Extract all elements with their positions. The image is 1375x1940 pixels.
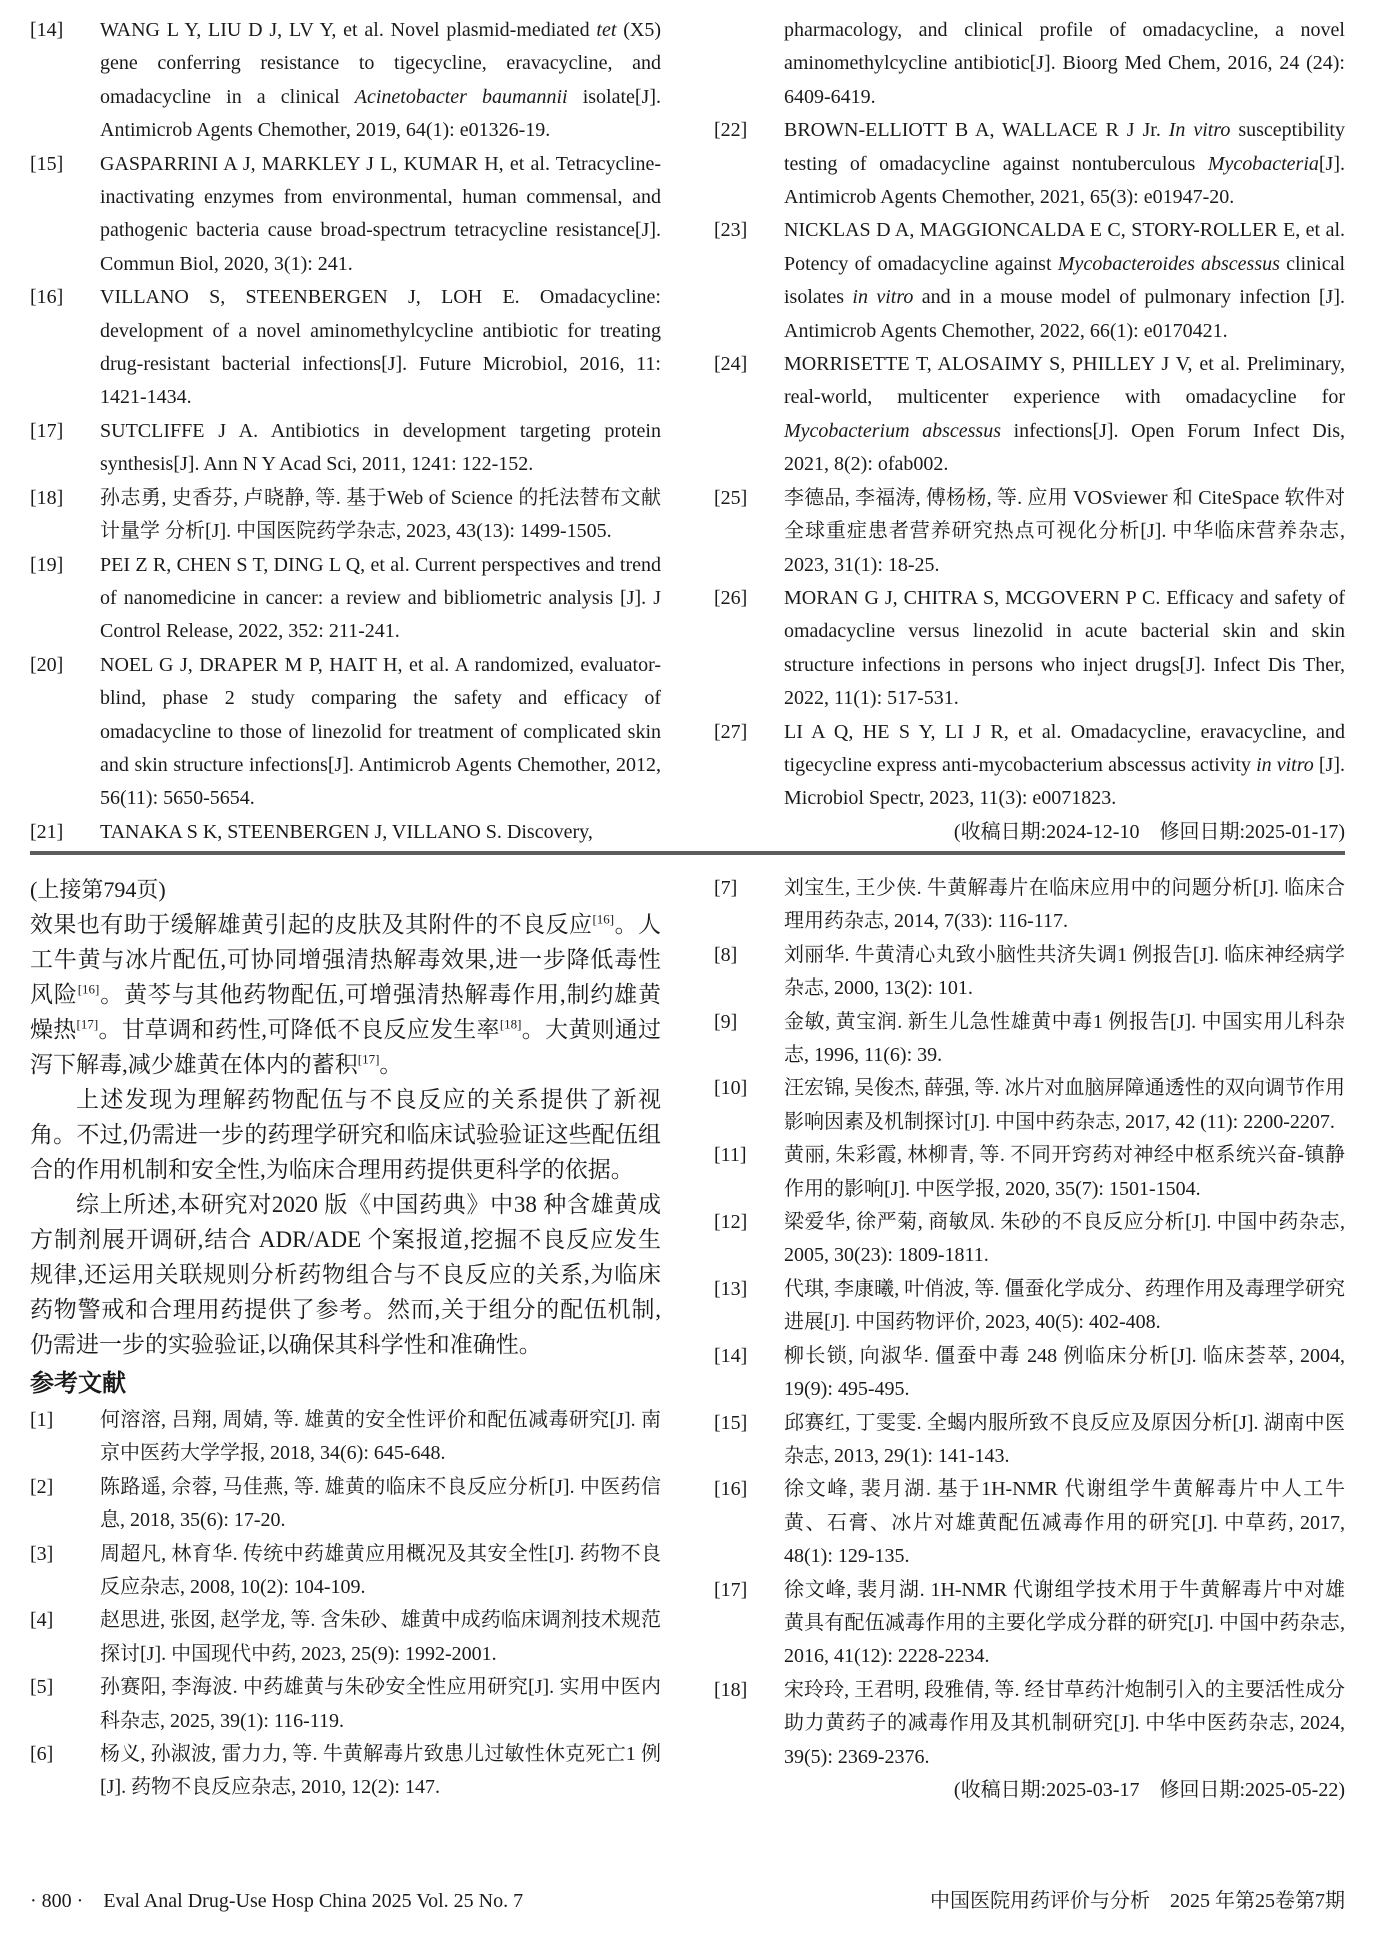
page-footer: · 800 · Eval Anal Drug-Use Hosp China 20… <box>30 1884 1345 1913</box>
reference-number: [17] <box>30 415 100 482</box>
received-revised-dates: (收稿日期:2024-12-10 修回日期:2025-01-17) <box>714 816 1345 849</box>
reference-text: 孙赛阳, 李海波. 中药雄黄与朱砂安全性应用研究[J]. 实用中医内科杂志, 2… <box>100 1671 661 1738</box>
reference-text: PEI Z R, CHEN S T, DING L Q, et al. Curr… <box>100 549 661 649</box>
reference-number: [17] <box>714 1574 784 1674</box>
reference-number: [18] <box>30 482 100 549</box>
reference-text: 柳长锁, 向淑华. 僵蚕中毒 248 例临床分析[J]. 临床荟萃, 2004,… <box>784 1340 1345 1407</box>
reference-text: 杨义, 孙淑波, 雷力力, 等. 牛黄解毒片致患儿过敏性休克死亡1 例[J]. … <box>100 1738 661 1805</box>
reference-number: [5] <box>30 1671 100 1738</box>
table-row: pharmacology, and clinical profile of om… <box>714 14 1345 114</box>
reference-text: NICKLAS D A, MAGGIONCALDA E C, STORY-ROL… <box>784 214 1345 348</box>
reference-number: [14] <box>30 14 100 148</box>
reference-text: BROWN-ELLIOTT B A, WALLACE R J Jr. In vi… <box>784 114 1345 214</box>
bottom-right-column: [7]刘宝生, 王少侠. 牛黄解毒片在临床应用中的问题分析[J]. 临床合理用药… <box>714 872 1345 1807</box>
reference-number: [24] <box>714 348 784 482</box>
reference-number: [19] <box>30 549 100 649</box>
reference-number: [13] <box>714 1273 784 1340</box>
reference-text: VILLANO S, STEENBERGEN J, LOH E. Omadacy… <box>100 281 661 415</box>
table-row: [8]刘丽华. 牛黄清心丸致小脑性共济失调1 例报告[J]. 临床神经病学杂志,… <box>714 939 1345 1006</box>
body-paragraph: 上述发现为理解药物配伍与不良反应的关系提供了新视角。不过,仍需进一步的药理学研究… <box>30 1082 661 1187</box>
reference-text-continuation: pharmacology, and clinical profile of om… <box>784 14 1345 114</box>
table-row: [22]BROWN-ELLIOTT B A, WALLACE R J Jr. I… <box>714 114 1345 214</box>
table-row: [17]SUTCLIFFE J A. Antibiotics in develo… <box>30 415 661 482</box>
reference-number: [9] <box>714 1006 784 1073</box>
table-row: [19]PEI Z R, CHEN S T, DING L Q, et al. … <box>30 549 661 649</box>
reference-text: 邱赛红, 丁雯雯. 全蝎内服所致不良反应及原因分析[J]. 湖南中医杂志, 20… <box>784 1407 1345 1474</box>
table-row: [24]MORRISETTE T, ALOSAIMY S, PHILLEY J … <box>714 348 1345 482</box>
table-row: [1]何溶溶, 吕翔, 周婧, 等. 雄黄的安全性评价和配伍减毒研究[J]. 南… <box>30 1404 661 1471</box>
reference-number: [1] <box>30 1404 100 1471</box>
table-row: [10]汪宏锦, 吴俊杰, 薛强, 等. 冰片对血脑屏障通透性的双向调节作用影响… <box>714 1072 1345 1139</box>
reference-number: [20] <box>30 649 100 816</box>
table-row: [7]刘宝生, 王少侠. 牛黄解毒片在临床应用中的问题分析[J]. 临床合理用药… <box>714 872 1345 939</box>
references-heading: 参考文献 <box>30 1369 661 1399</box>
reference-number: [16] <box>30 281 100 415</box>
table-row: [15]GASPARRINI A J, MARKLEY J L, KUMAR H… <box>30 148 661 282</box>
table-row: [14]柳长锁, 向淑华. 僵蚕中毒 248 例临床分析[J]. 临床荟萃, 2… <box>714 1340 1345 1407</box>
table-row: [25]李德品, 李福涛, 傅杨杨, 等. 应用 VOSviewer 和 Cit… <box>714 482 1345 582</box>
table-row: [18]孙志勇, 史香芬, 卢晓静, 等. 基于Web of Science 的… <box>30 482 661 549</box>
reference-text: 金敏, 黄宝润. 新生儿急性雄黄中毒1 例报告[J]. 中国实用儿科杂志, 19… <box>784 1006 1345 1073</box>
reference-number: [6] <box>30 1738 100 1805</box>
reference-text: GASPARRINI A J, MARKLEY J L, KUMAR H, et… <box>100 148 661 282</box>
reference-number: [27] <box>714 716 784 816</box>
reference-number: [8] <box>714 939 784 1006</box>
table-row: [15]邱赛红, 丁雯雯. 全蝎内服所致不良反应及原因分析[J]. 湖南中医杂志… <box>714 1407 1345 1474</box>
top-left-column: [14]WANG L Y, LIU D J, LV Y, et al. Nove… <box>30 14 661 849</box>
reference-number: [18] <box>714 1674 784 1774</box>
reference-number: [3] <box>30 1538 100 1605</box>
reference-text: 刘宝生, 王少侠. 牛黄解毒片在临床应用中的问题分析[J]. 临床合理用药杂志,… <box>784 872 1345 939</box>
table-row: [18]宋玲玲, 王君明, 段雅倩, 等. 经甘草药汁炮制引入的主要活性成分助力… <box>714 1674 1345 1774</box>
reference-number: [14] <box>714 1340 784 1407</box>
bottom-left-column: (上接第794页) 效果也有助于缓解雄黄引起的皮肤及其附件的不良反应[16]。人… <box>30 872 661 1807</box>
reference-text: 汪宏锦, 吴俊杰, 薛强, 等. 冰片对血脑屏障通透性的双向调节作用影响因素及机… <box>784 1072 1345 1139</box>
table-row: [12]梁爱华, 徐严菊, 商敏凤. 朱砂的不良反应分析[J]. 中国中药杂志,… <box>714 1206 1345 1273</box>
reference-text: 梁爱华, 徐严菊, 商敏凤. 朱砂的不良反应分析[J]. 中国中药杂志, 200… <box>784 1206 1345 1273</box>
reference-number: [26] <box>714 582 784 716</box>
reference-number: [12] <box>714 1206 784 1273</box>
reference-text: 赵思进, 张囡, 赵学龙, 等. 含朱砂、雄黄中成药临床调剂技术规范探讨[J].… <box>100 1604 661 1671</box>
table-row: [27]LI A Q, HE S Y, LI J R, et al. Omada… <box>714 716 1345 816</box>
continuation-note: (上接第794页) <box>30 872 661 907</box>
table-row: [6]杨义, 孙淑波, 雷力力, 等. 牛黄解毒片致患儿过敏性休克死亡1 例[J… <box>30 1738 661 1805</box>
top-section: [14]WANG L Y, LIU D J, LV Y, et al. Nove… <box>30 14 1345 849</box>
reference-list: pharmacology, and clinical profile of om… <box>714 14 1345 816</box>
body-paragraph: 综上所述,本研究对2020 版《中国药典》中38 种含雄黄成方制剂展开调研,结合… <box>30 1187 661 1362</box>
reference-number: [15] <box>714 1407 784 1474</box>
reference-text: 黄丽, 朱彩霞, 林柳青, 等. 不同开窍药对神经中枢系统兴奋-镇静作用的影响[… <box>784 1139 1345 1206</box>
reference-text: NOEL G J, DRAPER M P, HAIT H, et al. A r… <box>100 649 661 816</box>
table-row: [21]TANAKA S K, STEENBERGEN J, VILLANO S… <box>30 816 661 849</box>
reference-number: [25] <box>714 482 784 582</box>
reference-number: [15] <box>30 148 100 282</box>
reference-text: 周超凡, 林育华. 传统中药雄黄应用概况及其安全性[J]. 药物不良反应杂志, … <box>100 1538 661 1605</box>
table-row: [11]黄丽, 朱彩霞, 林柳青, 等. 不同开窍药对神经中枢系统兴奋-镇静作用… <box>714 1139 1345 1206</box>
reference-text: 李德品, 李福涛, 傅杨杨, 等. 应用 VOSviewer 和 CiteSpa… <box>784 482 1345 582</box>
table-row: [2]陈路遥, 佘蓉, 马佳燕, 等. 雄黄的临床不良反应分析[J]. 中医药信… <box>30 1471 661 1538</box>
reference-number <box>714 14 784 114</box>
reference-text: 何溶溶, 吕翔, 周婧, 等. 雄黄的安全性评价和配伍减毒研究[J]. 南京中医… <box>100 1404 661 1471</box>
reference-text: WANG L Y, LIU D J, LV Y, et al. Novel pl… <box>100 14 661 148</box>
footer-journal-en-page: · 800 · Eval Anal Drug-Use Hosp China 20… <box>30 1884 523 1913</box>
table-row: [23]NICKLAS D A, MAGGIONCALDA E C, STORY… <box>714 214 1345 348</box>
reference-number: [7] <box>714 872 784 939</box>
reference-text: MORAN G J, CHITRA S, MCGOVERN P C. Effic… <box>784 582 1345 716</box>
top-right-column: pharmacology, and clinical profile of om… <box>714 14 1345 849</box>
reference-text: 孙志勇, 史香芬, 卢晓静, 等. 基于Web of Science 的托法替布… <box>100 482 661 549</box>
reference-text: LI A Q, HE S Y, LI J R, et al. Omadacycl… <box>784 716 1345 816</box>
reference-number: [2] <box>30 1471 100 1538</box>
reference-text: SUTCLIFFE J A. Antibiotics in developmen… <box>100 415 661 482</box>
reference-number: [23] <box>714 214 784 348</box>
reference-list: [7]刘宝生, 王少侠. 牛黄解毒片在临床应用中的问题分析[J]. 临床合理用药… <box>714 872 1345 1774</box>
reference-text: 代琪, 李康曦, 叶俏波, 等. 僵蚕化学成分、药理作用及毒理学研究进展[J].… <box>784 1273 1345 1340</box>
section-divider-rule <box>30 851 1345 855</box>
reference-number: [4] <box>30 1604 100 1671</box>
table-row: [26]MORAN G J, CHITRA S, MCGOVERN P C. E… <box>714 582 1345 716</box>
journal-page: [14]WANG L Y, LIU D J, LV Y, et al. Nove… <box>0 0 1375 1940</box>
reference-number: [10] <box>714 1072 784 1139</box>
table-row: [4]赵思进, 张囡, 赵学龙, 等. 含朱砂、雄黄中成药临床调剂技术规范探讨[… <box>30 1604 661 1671</box>
table-row: [13]代琪, 李康曦, 叶俏波, 等. 僵蚕化学成分、药理作用及毒理学研究进展… <box>714 1273 1345 1340</box>
reference-number: [22] <box>714 114 784 214</box>
table-row: [20]NOEL G J, DRAPER M P, HAIT H, et al.… <box>30 649 661 816</box>
received-revised-dates: (收稿日期:2025-03-17 修回日期:2025-05-22) <box>714 1774 1345 1807</box>
footer-journal-cn-issue: 中国医院用药评价与分析 2025 年第25卷第7期 <box>930 1884 1345 1913</box>
reference-text: 徐文峰, 裴月湖. 基于1H-NMR 代谢组学牛黄解毒片中人工牛黄、石膏、冰片对… <box>784 1473 1345 1573</box>
reference-list: [14]WANG L Y, LIU D J, LV Y, et al. Nove… <box>30 14 661 849</box>
reference-text: 宋玲玲, 王君明, 段雅倩, 等. 经甘草药汁炮制引入的主要活性成分助力黄药子的… <box>784 1674 1345 1774</box>
reference-text: 徐文峰, 裴月湖. 1H-NMR 代谢组学技术用于牛黄解毒片中对雄黄具有配伍减毒… <box>784 1574 1345 1674</box>
reference-number: [11] <box>714 1139 784 1206</box>
table-row: [9]金敏, 黄宝润. 新生儿急性雄黄中毒1 例报告[J]. 中国实用儿科杂志,… <box>714 1006 1345 1073</box>
reference-text: 刘丽华. 牛黄清心丸致小脑性共济失调1 例报告[J]. 临床神经病学杂志, 20… <box>784 939 1345 1006</box>
reference-text: TANAKA S K, STEENBERGEN J, VILLANO S. Di… <box>100 816 661 849</box>
table-row: [16]徐文峰, 裴月湖. 基于1H-NMR 代谢组学牛黄解毒片中人工牛黄、石膏… <box>714 1473 1345 1573</box>
table-row: [16]VILLANO S, STEENBERGEN J, LOH E. Oma… <box>30 281 661 415</box>
reference-number: [16] <box>714 1473 784 1573</box>
reference-text: MORRISETTE T, ALOSAIMY S, PHILLEY J V, e… <box>784 348 1345 482</box>
reference-text: 陈路遥, 佘蓉, 马佳燕, 等. 雄黄的临床不良反应分析[J]. 中医药信息, … <box>100 1471 661 1538</box>
table-row: [3]周超凡, 林育华. 传统中药雄黄应用概况及其安全性[J]. 药物不良反应杂… <box>30 1538 661 1605</box>
reference-number: [21] <box>30 816 100 849</box>
table-row: [17]徐文峰, 裴月湖. 1H-NMR 代谢组学技术用于牛黄解毒片中对雄黄具有… <box>714 1574 1345 1674</box>
body-paragraph: 效果也有助于缓解雄黄引起的皮肤及其附件的不良反应[16]。人工牛黄与冰片配伍,可… <box>30 907 661 1082</box>
bottom-section: (上接第794页) 效果也有助于缓解雄黄引起的皮肤及其附件的不良反应[16]。人… <box>30 872 1345 1807</box>
table-row: [14]WANG L Y, LIU D J, LV Y, et al. Nove… <box>30 14 661 148</box>
table-row: [5]孙赛阳, 李海波. 中药雄黄与朱砂安全性应用研究[J]. 实用中医内科杂志… <box>30 1671 661 1738</box>
reference-list: [1]何溶溶, 吕翔, 周婧, 等. 雄黄的安全性评价和配伍减毒研究[J]. 南… <box>30 1404 661 1805</box>
